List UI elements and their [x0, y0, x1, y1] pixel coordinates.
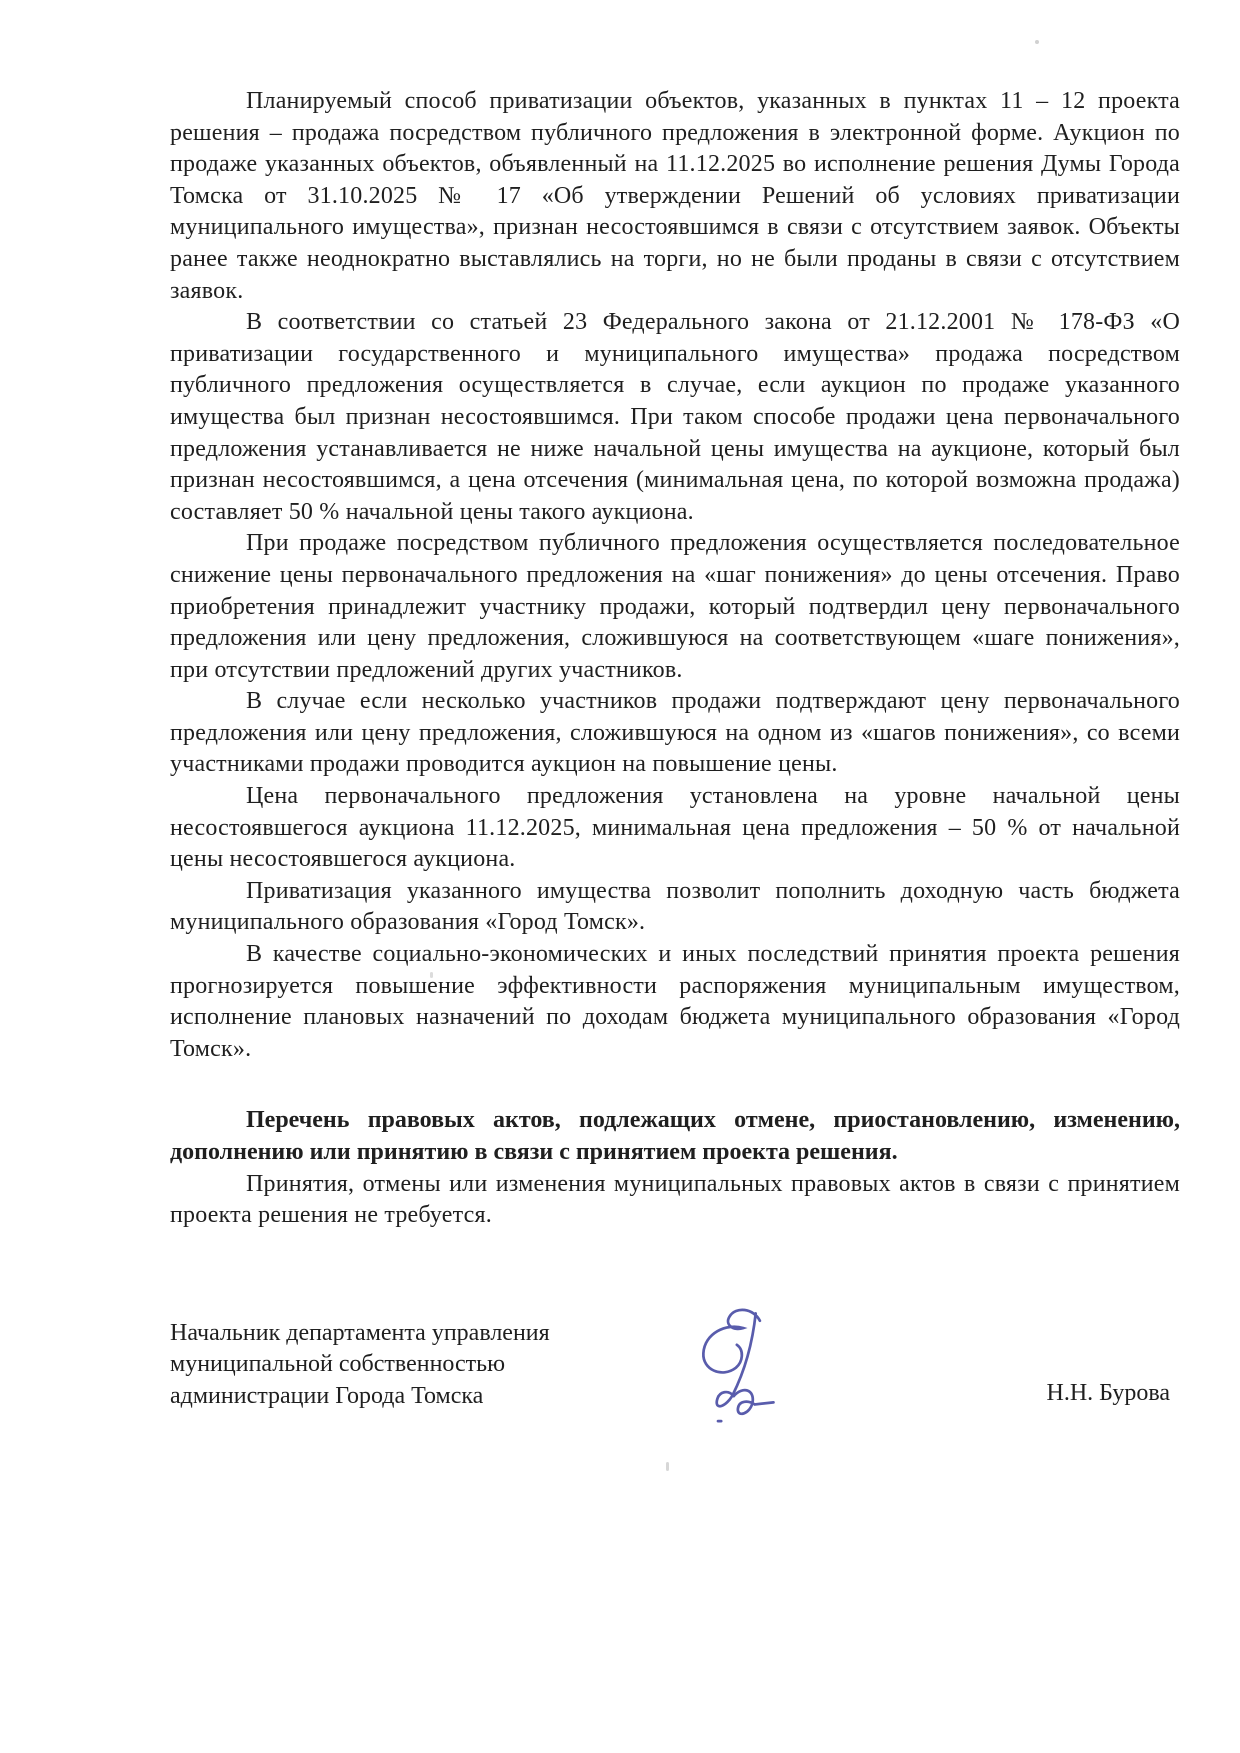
paragraph-budget-revenue: Приватизация указанного имущества позвол… [170, 876, 1180, 939]
paragraph-initial-price: Цена первоначального предложения установ… [170, 781, 1180, 876]
paragraph-price-reduction: При продаже посредством публичного предл… [170, 528, 1180, 686]
handwritten-signature [670, 1304, 810, 1440]
closing-paragraph: Принятия, отмены или изменения муниципал… [170, 1169, 1180, 1232]
signature-block: Начальник департамента управления муници… [170, 1318, 1180, 1413]
scan-speck [666, 1462, 669, 1471]
signatory-name: Н.Н. Бурова [1046, 1378, 1170, 1410]
document-body: Планируемый способ приватизации объектов… [170, 86, 1180, 1412]
scan-speck [430, 972, 433, 978]
scan-speck [1035, 40, 1039, 44]
paragraph-socioeconomic-effects: В качестве социально-экономических и ины… [170, 939, 1180, 1065]
section-heading-legal-acts: Перечень правовых актов, подлежащих отме… [170, 1105, 1180, 1168]
paragraph-privatization-method: Планируемый способ приватизации объектов… [170, 86, 1180, 307]
document-page: Планируемый способ приватизации объектов… [0, 0, 1240, 1753]
paragraph-multiple-participants: В случае если несколько участников прода… [170, 686, 1180, 781]
paragraph-federal-law: В соответствии со статьей 23 Федеральног… [170, 307, 1180, 528]
